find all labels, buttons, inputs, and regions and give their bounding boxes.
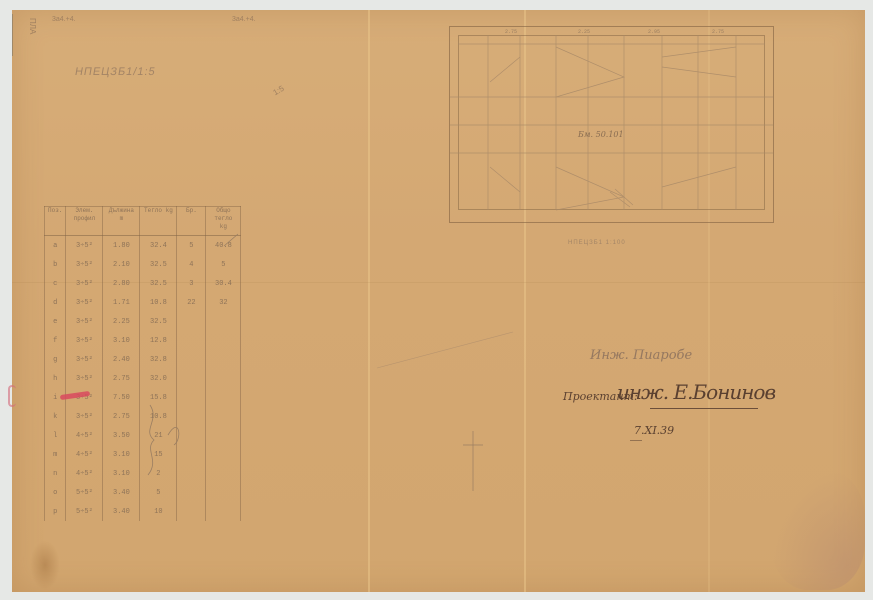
plan-center-label: Бм. 50.101 bbox=[578, 130, 624, 139]
cell bbox=[206, 445, 241, 464]
cell: d bbox=[45, 293, 66, 312]
table-row: b3÷5²2.1032.545 bbox=[45, 255, 241, 274]
cell: 30.4 bbox=[206, 274, 241, 293]
column-header: Бр. bbox=[177, 207, 206, 236]
dimension-label: 2.95 bbox=[648, 29, 660, 35]
cell bbox=[177, 502, 206, 521]
cell: 3÷5² bbox=[66, 293, 103, 312]
cell: 5 bbox=[140, 483, 177, 502]
title-note: НПЕЦЗБ1/1:5 bbox=[74, 66, 157, 78]
cell: 2.10 bbox=[103, 255, 140, 274]
paper-stain bbox=[30, 540, 60, 590]
cell: 3÷5² bbox=[66, 274, 103, 293]
table-row: h3÷5²2.7532.0 bbox=[45, 369, 241, 388]
cell bbox=[206, 369, 241, 388]
signature-date: 7.XI.39 bbox=[634, 424, 674, 437]
cell: 4÷5² bbox=[66, 426, 103, 445]
cell: 2.25 bbox=[103, 312, 140, 331]
cell: 12.8 bbox=[140, 331, 177, 350]
cell: 3.10 bbox=[103, 445, 140, 464]
cell: a bbox=[45, 236, 66, 256]
cell: 32.5 bbox=[140, 312, 177, 331]
cell: m bbox=[45, 445, 66, 464]
paper-stain bbox=[770, 470, 865, 590]
cell bbox=[206, 426, 241, 445]
engineer-name: Инж. Пиаробе bbox=[590, 348, 692, 363]
plan-linework bbox=[450, 27, 773, 222]
cell: 10 bbox=[140, 502, 177, 521]
table-row: a3÷5²1.8032.4540.8 bbox=[45, 236, 241, 256]
red-pencil-mark bbox=[8, 385, 16, 407]
cell: 32.5 bbox=[140, 274, 177, 293]
cell: 4 bbox=[177, 255, 206, 274]
corner-note-left: 3a4.+4. bbox=[52, 16, 76, 23]
cell bbox=[177, 312, 206, 331]
column-header: Элем. профил bbox=[66, 207, 103, 236]
cell: 3.10 bbox=[103, 464, 140, 483]
cell: 2.75 bbox=[103, 369, 140, 388]
cell: g bbox=[45, 350, 66, 369]
table-header-row: Поз. Элем. профил Дължина m Тегло kg Бр.… bbox=[45, 207, 241, 236]
cell: 3÷5² bbox=[66, 312, 103, 331]
cell bbox=[206, 464, 241, 483]
cell: 2.80 bbox=[103, 274, 140, 293]
table-row: e3÷5²2.2532.5 bbox=[45, 312, 241, 331]
cell: h bbox=[45, 369, 66, 388]
cell bbox=[177, 350, 206, 369]
cell: 7.50 bbox=[103, 388, 140, 407]
cell: f bbox=[45, 331, 66, 350]
brace-sketch bbox=[140, 400, 190, 480]
cell: o bbox=[45, 483, 66, 502]
pencil-stroke bbox=[375, 330, 515, 370]
crosshair-mark bbox=[463, 431, 483, 491]
cell: 4÷5² bbox=[66, 464, 103, 483]
table-row: p5÷5²3.4010 bbox=[45, 502, 241, 521]
dimension-label: 2.75 bbox=[712, 29, 724, 35]
cell: 5 bbox=[177, 236, 206, 256]
cell: 5÷5² bbox=[66, 483, 103, 502]
cell: 3÷5² bbox=[66, 255, 103, 274]
cell: 3÷5² bbox=[66, 331, 103, 350]
cell bbox=[177, 369, 206, 388]
cell: 4÷5² bbox=[66, 445, 103, 464]
table-row: o5÷5²3.405 bbox=[45, 483, 241, 502]
cell: 3÷5² bbox=[66, 407, 103, 426]
cell bbox=[177, 331, 206, 350]
cell: 5 bbox=[206, 255, 241, 274]
table-row: f3÷5²3.1012.8 bbox=[45, 331, 241, 350]
side-label: ПЛА bbox=[28, 18, 37, 34]
cell: 3.10 bbox=[103, 331, 140, 350]
cell: n bbox=[45, 464, 66, 483]
column-header: Дължина m bbox=[103, 207, 140, 236]
table-row: g3÷5²2.4032.8 bbox=[45, 350, 241, 369]
cell: b bbox=[45, 255, 66, 274]
cell bbox=[206, 350, 241, 369]
cell: 3 bbox=[177, 274, 206, 293]
cell: 32 bbox=[206, 293, 241, 312]
column-header: Поз. bbox=[45, 207, 66, 236]
signature-underline bbox=[650, 408, 758, 409]
cell: 32.8 bbox=[140, 350, 177, 369]
cell: 5÷5² bbox=[66, 502, 103, 521]
cell: 32.4 bbox=[140, 236, 177, 256]
cell bbox=[206, 388, 241, 407]
fold-line bbox=[368, 10, 370, 592]
cell bbox=[206, 331, 241, 350]
cell: 3.40 bbox=[103, 483, 140, 502]
dimension-label: 2.75 bbox=[505, 29, 517, 35]
cell: 1.80 bbox=[103, 236, 140, 256]
cell: c bbox=[45, 274, 66, 293]
margin-line bbox=[12, 14, 13, 56]
floor-plan-drawing: 2.75 2.25 2.95 2.75 bbox=[449, 26, 774, 223]
cell: 3÷5² bbox=[66, 369, 103, 388]
cell bbox=[206, 483, 241, 502]
cell: 1.71 bbox=[103, 293, 140, 312]
table-row: d3÷5²1.7110.82232 bbox=[45, 293, 241, 312]
date-underline bbox=[630, 440, 642, 441]
cell: p bbox=[45, 502, 66, 521]
cell: l bbox=[45, 426, 66, 445]
cell: 22 bbox=[177, 293, 206, 312]
designer-signature: инж. Е.Бонинов bbox=[617, 380, 775, 404]
cell: 2.75 bbox=[103, 407, 140, 426]
dimension-label: 2.25 bbox=[578, 29, 590, 35]
cell: 10.8 bbox=[140, 293, 177, 312]
cell bbox=[206, 502, 241, 521]
cell: 32.5 bbox=[140, 255, 177, 274]
cell bbox=[206, 407, 241, 426]
table-row: c3÷5²2.8032.5330.4 bbox=[45, 274, 241, 293]
column-header: Тегло kg bbox=[140, 207, 177, 236]
cell: 3.40 bbox=[103, 502, 140, 521]
check-mark bbox=[222, 230, 242, 250]
corner-note-mid: 3a4.+4. bbox=[232, 16, 256, 23]
cell: 3÷5² bbox=[66, 350, 103, 369]
cell bbox=[206, 312, 241, 331]
cell: 3.50 bbox=[103, 426, 140, 445]
cell bbox=[177, 483, 206, 502]
cell: 3÷5² bbox=[66, 236, 103, 256]
cell: e bbox=[45, 312, 66, 331]
cell: k bbox=[45, 407, 66, 426]
cell: 2.40 bbox=[103, 350, 140, 369]
plan-caption: НПЕЦЗБ1 1:100 bbox=[568, 240, 626, 246]
cell: 32.0 bbox=[140, 369, 177, 388]
